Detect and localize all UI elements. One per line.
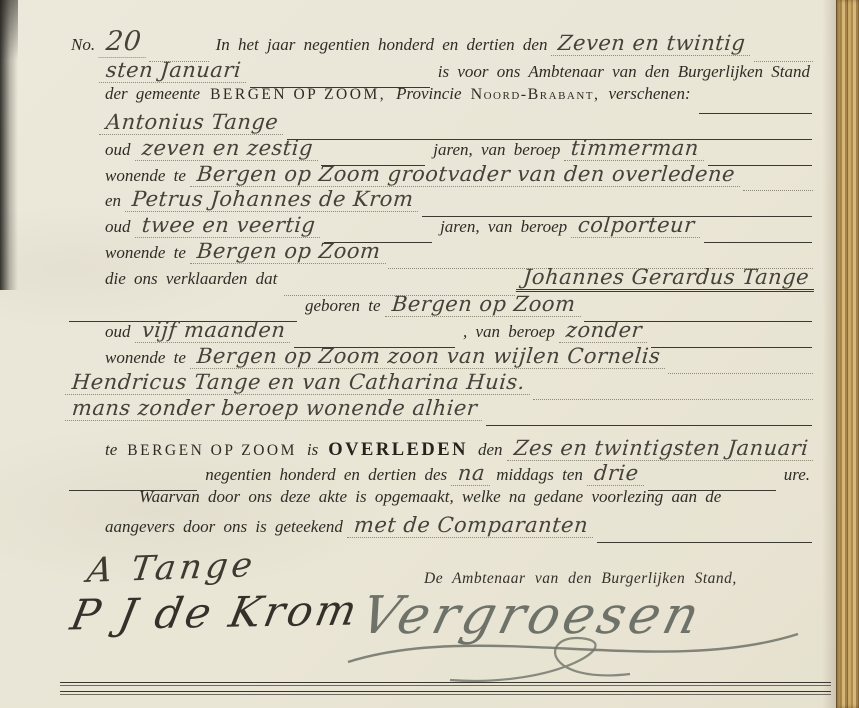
official-signature: Vergroesen bbox=[355, 586, 710, 646]
handwritten-text: Bergen op Zoom bbox=[190, 239, 388, 264]
printed-text: is voor ons Ambtenaar van den Burgerlijk… bbox=[433, 62, 815, 82]
handwritten-text: Antonius Tange bbox=[99, 110, 285, 135]
handwritten-text: 20 bbox=[99, 26, 149, 58]
handwritten-text: Zeven en twintig bbox=[551, 31, 753, 56]
form-line-deceased-declaration: die ons verklaarden datJohannes Gerardus… bbox=[62, 265, 815, 292]
handwritten-text: sten Januari bbox=[99, 58, 248, 83]
witness2-signature: P J de Krom bbox=[67, 586, 364, 640]
form-line-declarant1-name: Antonius Tange bbox=[62, 110, 815, 136]
page-edge-shadow bbox=[822, 0, 836, 708]
handwritten-text: Hendricus Tange en van Catharina Huis. bbox=[65, 370, 532, 395]
printed-text: den bbox=[473, 440, 508, 460]
printed-text: oud bbox=[100, 217, 136, 237]
handwritten-text: Bergen op Zoom zoon van wijlen Cornelis bbox=[190, 344, 667, 369]
printed-text: is bbox=[302, 440, 323, 460]
printed-caps-text: BERGEN OP ZOOM bbox=[122, 442, 302, 460]
handwritten-text: Johannes Gerardus Tange bbox=[516, 265, 816, 292]
handwritten-text: Bergen op Zoom grootvader van den overle… bbox=[190, 162, 742, 187]
divider-rule bbox=[60, 682, 831, 686]
form-line-declarant2-name: enPetrus Johannes de Krom bbox=[62, 187, 815, 213]
printed-bold-text: OVERLEDEN bbox=[323, 440, 473, 461]
printed-text: Provincie bbox=[391, 84, 466, 104]
divider-rule bbox=[60, 691, 831, 695]
form-line-death-place-date: teBERGEN OP ZOOMisOVERLEDENdenZes en twi… bbox=[62, 436, 815, 462]
record-divider-rules bbox=[60, 682, 831, 700]
printed-text: ure. bbox=[779, 465, 815, 485]
handwritten-text: drie bbox=[587, 461, 646, 486]
printed-text: te bbox=[100, 440, 122, 460]
printed-text: die ons verklaarden dat bbox=[100, 269, 282, 289]
fill-rule bbox=[597, 513, 812, 543]
handwritten-text: zeven en zestig bbox=[134, 136, 319, 161]
fill-rule bbox=[486, 396, 812, 426]
printed-text: jaren, van beroep bbox=[435, 217, 572, 237]
handwritten-text: mans zonder beroep wonende alhier bbox=[65, 396, 485, 421]
printed-caps-text: BERGEN OP ZOOM, bbox=[205, 86, 391, 104]
form-line-closing-statement-1: Waarvan door ons deze akte is opgemaakt,… bbox=[62, 487, 815, 513]
handwritten-text: timmerman bbox=[564, 136, 706, 161]
form-line-record-number-and-year: No.20In het jaar negentien honderd en de… bbox=[62, 26, 815, 58]
handwritten-text: colporteur bbox=[571, 213, 702, 238]
printed-text: In het jaar negentien honderd en dertien… bbox=[211, 35, 553, 55]
handwritten-text: na bbox=[451, 461, 492, 486]
handwritten-text: zonder bbox=[559, 318, 649, 343]
handwritten-text: met de Comparanten bbox=[347, 513, 595, 538]
book-page-edge bbox=[836, 0, 859, 708]
printed-text: wonende te bbox=[100, 348, 191, 368]
witness1-signature: A Tange bbox=[85, 545, 259, 591]
handwritten-text: Petrus Johannes de Krom bbox=[125, 187, 421, 212]
printed-text: , van beroep bbox=[458, 322, 560, 342]
printed-text: negentien honderd en dertien des bbox=[200, 465, 452, 485]
printed-text: Waarvan door ons deze akte is opgemaakt,… bbox=[134, 487, 726, 507]
form-line-declarant2-residence: wonende teBergen op Zoom bbox=[62, 239, 815, 265]
printed-text: wonende te bbox=[100, 243, 191, 263]
handwritten-text: Zes en twintigsten Januari bbox=[506, 436, 815, 461]
form-line-death-time: negentien honderd en dertien desnamiddag… bbox=[62, 461, 815, 487]
printed-text: jaren, van beroep bbox=[428, 140, 565, 160]
form-line-deceased-birthplace: geboren teBergen op Zoom bbox=[62, 292, 815, 318]
printed-text: geboren te bbox=[300, 296, 386, 316]
dotted-leader bbox=[149, 26, 208, 62]
handwritten-text: twee en veertig bbox=[134, 213, 322, 238]
printed-smallcaps-text: Noord-Brabant, bbox=[467, 86, 604, 104]
printed-text: wonende te bbox=[100, 166, 191, 186]
printed-text: middags ten bbox=[491, 465, 588, 485]
form-line-opening-month: sten Januariis voor ons Ambtenaar van de… bbox=[62, 58, 815, 84]
form-line-declarant1-age-occupation: oudzeven en zestigjaren, van beroeptimme… bbox=[62, 136, 815, 162]
form-line-deceased-residence-parents: wonende teBergen op Zoom zoon van wijlen… bbox=[62, 344, 815, 370]
printed-text: oud bbox=[100, 140, 136, 160]
printed-text: der gemeente bbox=[100, 84, 205, 104]
printed-text: en bbox=[100, 191, 126, 211]
form-lines: No.20In het jaar negentien honderd en de… bbox=[62, 26, 815, 539]
form-line-closing-statement-2: aangevers door ons is geteekendmet de Co… bbox=[62, 513, 815, 539]
printed-text: oud bbox=[100, 322, 136, 342]
printed-text: aangevers door ons is geteekend bbox=[100, 517, 348, 537]
printed-text: verschenen: bbox=[604, 84, 696, 104]
handwritten-text: vijf maanden bbox=[134, 318, 292, 343]
printed-text: No. bbox=[66, 35, 100, 55]
scanned-death-certificate: No.20In het jaar negentien honderd en de… bbox=[0, 0, 859, 708]
book-gutter-shadow bbox=[0, 0, 18, 290]
dotted-leader bbox=[754, 26, 813, 62]
form-line-declarant1-residence: wonende teBergen op Zoom grootvader van … bbox=[62, 162, 815, 188]
handwritten-text: Bergen op Zoom bbox=[384, 292, 582, 317]
form-line-deceased-age-occupation: oudvijf maanden, van beroepzonder bbox=[62, 318, 815, 344]
form-line-parents-continued: Hendricus Tange en van Catharina Huis. bbox=[62, 370, 815, 396]
form-line-parents-continued-2: mans zonder beroep wonende alhier bbox=[62, 396, 815, 422]
form-line-municipality: der gemeenteBERGEN OP ZOOM,ProvincieNoor… bbox=[62, 84, 815, 110]
